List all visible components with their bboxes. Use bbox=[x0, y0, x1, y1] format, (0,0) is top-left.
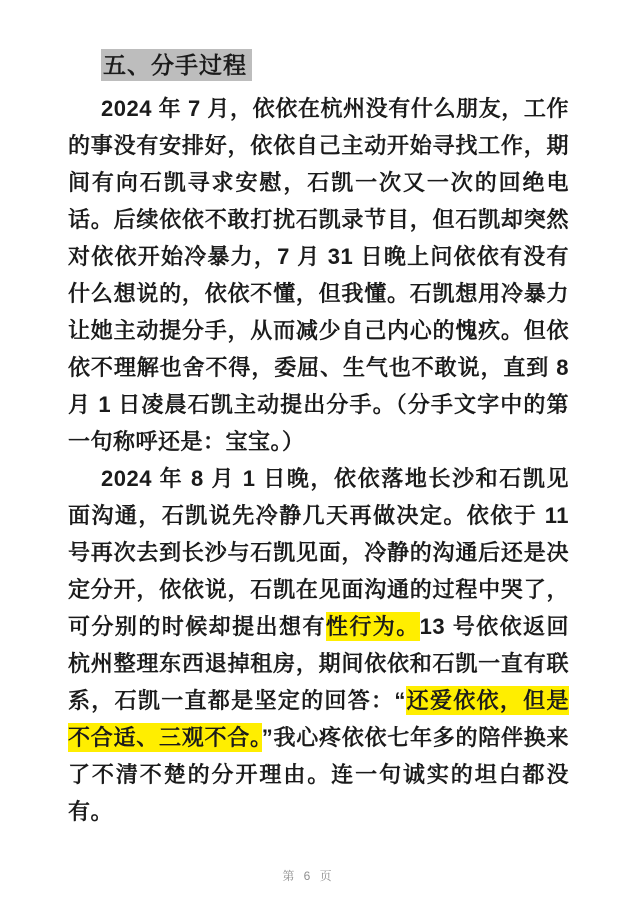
paragraph-2: 2024 年 8 月 1 日晚，依依落地长沙和石凯见面沟通，石凯说先冷静几天再做… bbox=[68, 460, 569, 830]
paragraph-1: 2024 年 7 月，依依在杭州没有什么朋友，工作的事没有安排好，依依自己主动开… bbox=[68, 90, 569, 460]
paragraph-1-text: 2024 年 7 月，依依在杭州没有什么朋友，工作的事没有安排好，依依自己主动开… bbox=[68, 96, 569, 454]
page-number: 第 6 页 bbox=[0, 867, 617, 884]
document-page: 五、分手过程 2024 年 7 月，依依在杭州没有什么朋友，工作的事没有安排好，… bbox=[0, 0, 637, 900]
highlighted-text: 性行为。 bbox=[326, 612, 420, 641]
section-heading: 五、分手过程 bbox=[68, 50, 569, 80]
section-heading-text: 五、分手过程 bbox=[101, 49, 252, 81]
page-content: 五、分手过程 2024 年 7 月，依依在杭州没有什么朋友，工作的事没有安排好，… bbox=[68, 50, 569, 830]
